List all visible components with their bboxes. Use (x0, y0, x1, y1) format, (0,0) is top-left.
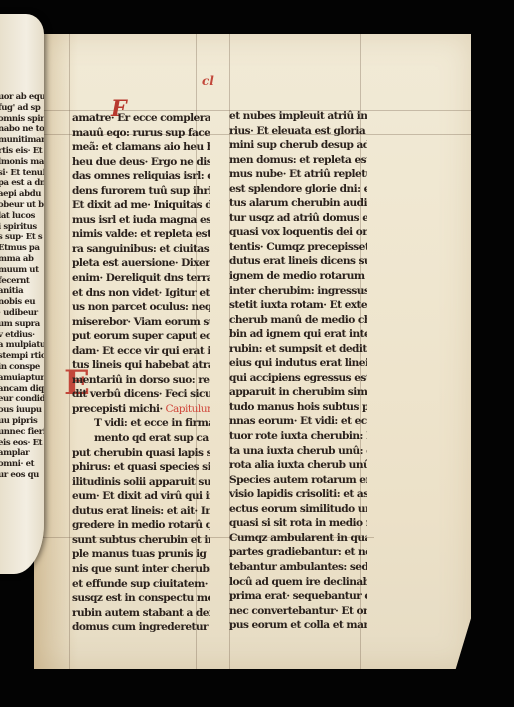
facing-text-line: in conspe (0, 362, 44, 373)
text-line: mauû eqo: rurus sup facem (72, 126, 210, 141)
text-line: T vidi: et ecce in firma (72, 416, 210, 431)
text-line: nis que sunt inter cherubin (72, 562, 210, 577)
text-line: rota alia iuxta cherub unû· (229, 458, 367, 473)
text-line: bin ad ignem qui erat inter che (229, 327, 367, 342)
facing-text-line: omnis spirit (0, 114, 44, 125)
text-line: dit verbû dicens· Feci sicut (72, 387, 210, 402)
text-line: mini sup cherub desup ad li (229, 138, 367, 153)
facing-text-line: nobis eu (0, 297, 44, 308)
text-line: gredere in medio rotarû que (72, 518, 210, 533)
text-line: das omnes reliquias isrl: effû (72, 169, 210, 184)
facing-text-line: eis eos· Et (0, 438, 44, 449)
text-line: mentariû in dorso suo: respon (72, 373, 210, 388)
text-line: est splendore glorie dni: et soni (229, 182, 367, 197)
facing-text-line: ur eos qu (0, 470, 44, 481)
text-line: pus eorum et colla et manus et (229, 618, 367, 633)
text-line: put cherubin quasi lapis sa (72, 446, 210, 461)
text-line: precepisti michi· Capitulum· x· (72, 402, 210, 417)
text-line: eum· Et dixit ad virû qui in (72, 489, 210, 504)
text-line: rubin autem stabant a dextris (72, 606, 210, 621)
text-line: ta una iuxta cherub unû: et (229, 444, 367, 459)
text-line: mus nube· Et atriû repletû (229, 167, 367, 182)
text-line: cherub manû de medio cheru (229, 313, 367, 328)
text-line: tentis· Cumqz precepisset viro qui in (229, 240, 367, 255)
text-line: tur usqz ad atriû domus exterius: (229, 211, 367, 226)
facing-text-line: muum ut (0, 265, 44, 276)
facing-text-line: nabo ne tolta (0, 124, 44, 135)
text-line: nimis valde: et repleta est ter (72, 227, 210, 242)
text-line: rubin: et sumpsit et dedit i manu (229, 342, 367, 357)
text-line: put eorum super caput eorum red (72, 329, 210, 344)
text-line: stetit iuxta rotam· Et extendit (229, 298, 367, 313)
text-line: dam· Et ecce vir qui erat idu (72, 344, 210, 359)
facing-text-line: · udibeur (0, 308, 44, 319)
text-line: et effunde sup ciuitatem· Ingres (72, 577, 210, 592)
facing-text-line: mma ab (0, 254, 44, 265)
facing-text-line: aepi abdu (0, 189, 44, 200)
text-line: et nubes impleuit atriû inte (229, 109, 367, 124)
text-column-left: amatre· Er ecce complerat temauû eqo: ru… (72, 111, 210, 635)
text-line: tus alarum cherubin audieba (229, 196, 367, 211)
facing-text-line: lat lucos (0, 211, 44, 222)
text-line: locû ad quem ire declinabat que (229, 575, 367, 590)
facing-page: uor ab equifug' ad spomnis spiritnabo ne… (0, 14, 44, 574)
text-line: quasi vox loquentis dei omnipo (229, 225, 367, 240)
text-line: prima erat· sequebantur et ceter (229, 589, 367, 604)
facing-text-line: uor ab equi (0, 92, 44, 103)
text-line: nec convertebantur· Et omne cor (229, 604, 367, 619)
facing-text-line: Etmus pa (0, 243, 44, 254)
facing-text-line: fug' ad sp (0, 103, 44, 114)
facing-text-line: pa est a dni (0, 178, 44, 189)
text-line: heu due deus· Ergo ne disper (72, 155, 210, 170)
facing-text-line: munitimani (0, 135, 44, 146)
text-line: ectus eorum similitudo una quatuor: (229, 502, 367, 517)
facing-page-text: uor ab equifug' ad spomnis spiritnabo ne… (0, 92, 44, 481)
text-line: dutus erat lineis: et ait· In (72, 504, 210, 519)
ruling-line (69, 34, 70, 669)
text-line: amatre· Er ecce complerat te (72, 111, 210, 126)
text-line: mento qd erat sup ca (72, 431, 210, 446)
text-line: ple manus tuas prunis ig (72, 547, 210, 562)
facing-text-line: rtis eis· Et i (0, 146, 44, 157)
text-line: et dns non videt· Igitur et me (72, 286, 210, 301)
facing-text-line: lmonis ma (0, 157, 44, 168)
facing-text-line: obeur ut be (0, 200, 44, 211)
facing-text-line: unnec fieri (0, 427, 44, 438)
text-line: inter cherubim: ingressus ille (229, 284, 367, 299)
text-line: dutus erat lineis dicens sume (229, 254, 367, 269)
text-line: partes gradiebantur: et nô reuer (229, 545, 367, 560)
text-line: us non parcet oculus: neqz (72, 300, 210, 315)
facing-text-line: i spiritus (0, 222, 44, 233)
text-line: ilitudinis solii apparuit sup (72, 475, 210, 490)
facing-text-line: omni· et (0, 459, 44, 470)
text-line: men domus: et repleta est do (229, 153, 367, 168)
facing-text-line: s sup· Et s (0, 232, 44, 243)
text-line: pleta est auersione· Dixerunt (72, 256, 210, 271)
text-line: qui accipiens egressus est· Et (229, 371, 367, 386)
text-line: quasi si sit rota in medio rote· (229, 516, 367, 531)
text-line: ignem de medio rotarum que sût (229, 269, 367, 284)
text-line: susqz est in conspectu meo· Che (72, 591, 210, 606)
text-column-right: et nubes impleuit atriû interius· Et ele… (229, 109, 367, 633)
facing-text-line: stempi rtio (0, 351, 44, 362)
text-line: tuor rote iuxta cherubin: Ro (229, 429, 367, 444)
text-line: Et dixit ad me· Iniquitas do (72, 198, 210, 213)
text-line: nnas eorum· Et vidi: et ecce qua (229, 414, 367, 429)
text-line: tudo manus hois subtus pe (229, 400, 367, 415)
text-line: Cumqz ambularent in quatuor (229, 531, 367, 546)
facing-text-line: eur condidit (0, 394, 44, 405)
text-line: sunt subtus cherubin et im (72, 533, 210, 548)
facing-text-line: ancam diq (0, 384, 44, 395)
facing-text-line: fecernt (0, 276, 44, 287)
text-line: Species autem rotarum erat quasi (229, 473, 367, 488)
text-line: dens furorem tuû sup ihrlm. (72, 184, 210, 199)
facing-text-line: ous iuupu (0, 405, 44, 416)
facing-text-line: uu pipris (0, 416, 44, 427)
text-line: meã: et clamans aio heu heu (72, 140, 210, 155)
facing-text-line: amuiaptur (0, 373, 44, 384)
text-line: rius· Et eleuata est gloria do (229, 124, 367, 139)
facing-text-line: a mulpiatu (0, 340, 44, 351)
text-line: domus cum ingrederetur vir: (72, 620, 210, 635)
facing-text-line: anitia (0, 286, 44, 297)
text-line: phirus: et quasi species sim (72, 460, 210, 475)
text-line: visio lapidis crisoliti: et asp (229, 487, 367, 502)
facing-text-line: amplar (0, 448, 44, 459)
text-line: tebantur ambulantes: sed ad (229, 560, 367, 575)
text-line: apparuit in cherubim simili (229, 385, 367, 400)
facing-text-line: um supra (0, 319, 44, 330)
text-line: miserebor· Viam eorum sup ca (72, 315, 210, 330)
chapter-rubric: Capitulum· x· (163, 403, 210, 415)
folio-number: cl (202, 74, 214, 88)
text-line: enim· Dereliquit dns terram (72, 271, 210, 286)
facing-text-line: v etdius· (0, 330, 44, 341)
text-line: tus lineis qui habebat atra (72, 358, 210, 373)
text-line: ra sanguinibus: et ciuitas re (72, 242, 210, 257)
text-line: mus isrl et iuda magna est (72, 213, 210, 228)
facing-text-line: si· Et tenui (0, 168, 44, 179)
text-line: eius qui indutus erat lineis: (229, 356, 367, 371)
